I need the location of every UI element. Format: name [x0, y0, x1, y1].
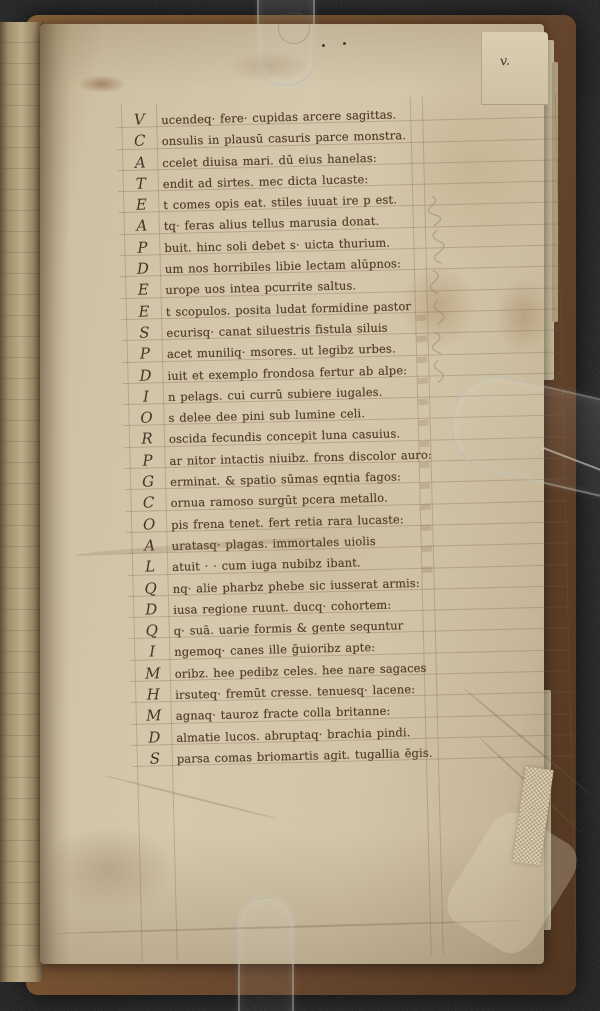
crease [102, 774, 277, 819]
line-text: agnaq· tauroz fracte colla britanne: [176, 704, 391, 723]
line-text: ornua ramoso surgūt pcera metallo. [170, 491, 387, 510]
versal-initial: S [129, 323, 159, 342]
line-text: acet muniliq· msores. ut legibz urbes. [167, 342, 396, 362]
versal-initial: O [131, 408, 161, 427]
line-text: oscida fecundis concepit luna casuius. [169, 427, 400, 447]
ink-dot [322, 44, 325, 47]
versal-initial: P [130, 344, 160, 363]
versal-initial: Q [137, 621, 167, 640]
line-text: irsuteq· fremūt cresse. tenuesq· lacene: [175, 682, 415, 702]
line-text: ngemoq· canes ille ḡuioribz apte: [174, 640, 375, 659]
versal-initial: M [138, 664, 168, 683]
versal-initial: I [137, 643, 167, 662]
versal-initial: T [126, 174, 156, 193]
facing-page-edge [0, 22, 44, 982]
versal-initial: H [138, 685, 168, 704]
plastic-strap-top [257, 0, 315, 86]
versal-initial: D [130, 366, 160, 385]
line-text: buit. hinc soli debet s· uicta thurium. [164, 235, 390, 255]
line-text: s delee dee pini sub lumine celi. [168, 406, 365, 425]
versal-initial: G [133, 472, 163, 491]
versal-initial: C [133, 493, 163, 512]
versal-initial: M [139, 706, 169, 725]
versal-initial: D [128, 259, 158, 278]
versal-initial: P [127, 238, 157, 257]
versal-initial: D [139, 728, 169, 747]
versal-initial: I [131, 387, 161, 406]
line-text: tq· feras alius tellus marusia donat. [164, 214, 380, 233]
gutter-shadow [40, 24, 70, 964]
versal-initial: C [125, 132, 155, 151]
line-text: nq· alie pharbz phebe sic iusserat armis… [173, 575, 420, 595]
line-text: erminat. & spatio sūmas eqntia fagos: [170, 469, 401, 489]
versal-initial: E [126, 195, 156, 214]
versal-initial: A [125, 153, 155, 172]
versal-initial: D [136, 600, 166, 619]
line-text: t comes opis eat. stiles iuuat ire p est… [163, 193, 397, 213]
versal-initial: R [132, 430, 162, 449]
versal-initial: A [127, 217, 157, 236]
versal-initial: L [135, 557, 165, 576]
ink-dot [343, 42, 346, 45]
manuscript-photo: V ucendeq· fere· cupidas arcere sagittas… [0, 0, 600, 1011]
line-text: iusa regione ruunt. ducq· cohortem: [173, 597, 391, 616]
line-text: ccelet diuisa mari. dū eius hanelas: [162, 150, 377, 169]
versal-initial: O [134, 515, 164, 534]
line-text: q· suā. uarie formis & gente sequntur [174, 618, 404, 638]
line-text: parsa comas briomartis agit. tugallia ēg… [177, 746, 433, 766]
folio-tab: v. [481, 32, 548, 105]
line-text: iuit et exemplo frondosa fertur ab alpe: [167, 363, 407, 383]
versal-initial: E [129, 302, 159, 321]
line-text: t scopulos. posita ludat formidine pasto… [166, 299, 411, 319]
line-text: pis frena tenet. fert retia rara lucaste… [171, 512, 404, 532]
versal-initial: V [124, 110, 154, 129]
parchment-page: V ucendeq· fere· cupidas arcere sagittas… [40, 24, 544, 964]
versal-initial: S [140, 749, 170, 768]
versal-initial: E [128, 281, 158, 300]
line-text: um nos horribiles libie lectam alūpnos: [165, 256, 401, 276]
line-text: ecurisq· canat siluestris fistula siluis [166, 321, 388, 340]
line-text: ucendeq· fere· cupidas arcere sagittas. [161, 107, 396, 127]
line-text: urope uos intea pcurrite saltus. [165, 279, 356, 298]
line-text: atuit · · cum iuga nubibz ibant. [172, 556, 361, 575]
folio-mark: v. [499, 54, 510, 70]
line-text: n pelags. cui currū subiere iugales. [168, 385, 383, 404]
plastic-strap-bottom [238, 897, 294, 1011]
line-text: almatie lucos. abruptaq· brachia pindi. [176, 725, 410, 745]
versal-initial: P [132, 451, 162, 470]
line-text: onsulis in plausū casuris parce monstra. [162, 128, 407, 148]
line-text: endit ad sirtes. mec dicta lucaste: [163, 172, 369, 191]
versal-initial: Q [135, 579, 165, 598]
line-text: oribz. hee pedibz celes. hee nare sagace… [175, 660, 427, 680]
